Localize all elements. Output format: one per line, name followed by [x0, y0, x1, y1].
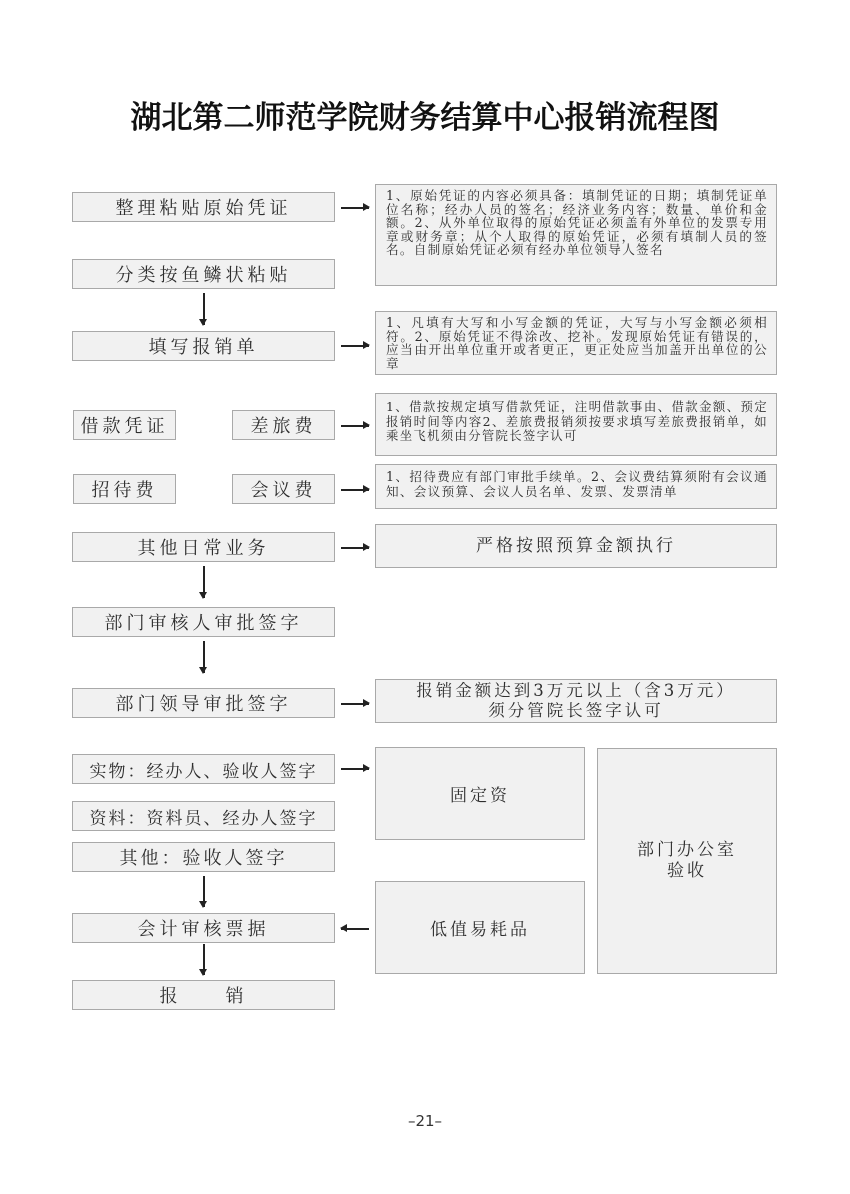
step-dept-reviewer: 部门审核人审批签字: [72, 607, 335, 637]
note-threshold-line2: 须分管院长签字认可: [488, 701, 664, 721]
note-threshold-line1: 报销金额达到3万元以上（含3万元）: [416, 681, 736, 701]
step-materials-sign: 资料：资料员、经办人签字: [72, 801, 335, 831]
dept-office-acceptance-box: 部门办公室 验收: [597, 748, 777, 974]
note-hospitality-meeting: 1、招待费应有部门审批手续单。2、会议费结算须附有会议通知、会议预算、会议人员名…: [375, 464, 777, 509]
arrow-down-icon: [203, 944, 205, 975]
step-travel-expense: 差旅费: [232, 410, 335, 440]
step-hospitality: 招待费: [73, 474, 176, 504]
arrow-right-icon: [341, 547, 369, 549]
note-loan-travel: 1、借款按规定填写借款凭证，注明借款事由、借款金额、预定报销时间等内容2、差旅费…: [375, 393, 777, 456]
arrow-down-icon: [203, 876, 205, 907]
note-threshold: 报销金额达到3万元以上（含3万元） 须分管院长签字认可: [375, 679, 777, 723]
step-accounting-review: 会计审核票据: [72, 913, 335, 943]
step-physical-sign: 实物：经办人、验收人签字: [72, 754, 335, 784]
arrow-left-icon: [341, 928, 369, 930]
arrow-right-icon: [341, 489, 369, 491]
arrow-down-icon: [203, 566, 205, 598]
step-others-sign: 其他：验收人签字: [72, 842, 335, 872]
arrow-right-icon: [341, 207, 369, 209]
dept-office-line2: 验收: [667, 861, 707, 882]
low-value-consumables-box: 低值易耗品: [375, 881, 585, 974]
note-amount-rules: 1、凡填有大写和小写金额的凭证，大写与小写金额必须相符。2、原始凭证不得涂改、挖…: [375, 311, 777, 375]
fixed-assets-box: 固定资: [375, 747, 585, 840]
note-budget: 严格按照预算金额执行: [375, 524, 777, 568]
note-original-voucher: 1、原始凭证的内容必须具备：填制凭证的日期；填制凭证单位名称；经办人员的签名；经…: [375, 184, 777, 286]
step-other-daily: 其他日常业务: [72, 532, 335, 562]
step-loan-voucher: 借款凭证: [73, 410, 176, 440]
step-organize-vouchers: 整理粘贴原始凭证: [72, 192, 335, 222]
arrow-right-icon: [341, 345, 369, 347]
step-fill-form: 填写报销单: [72, 331, 335, 361]
dept-office-line1: 部门办公室: [637, 840, 737, 861]
arrow-right-icon: [341, 703, 369, 705]
step-meeting: 会议费: [232, 474, 335, 504]
arrow-right-icon: [341, 768, 369, 770]
step-reimburse: 报 销: [72, 980, 335, 1010]
page-number: –21–: [0, 1112, 850, 1130]
step-dept-leader: 部门领导审批签字: [72, 688, 335, 718]
arrow-right-icon: [341, 425, 369, 427]
step-classify-paste: 分类按鱼鳞状粘贴: [72, 259, 335, 289]
arrow-down-icon: [203, 293, 205, 325]
page-title: 湖北第二师范学院财务结算中心报销流程图: [0, 92, 850, 137]
arrow-down-icon: [203, 641, 205, 673]
